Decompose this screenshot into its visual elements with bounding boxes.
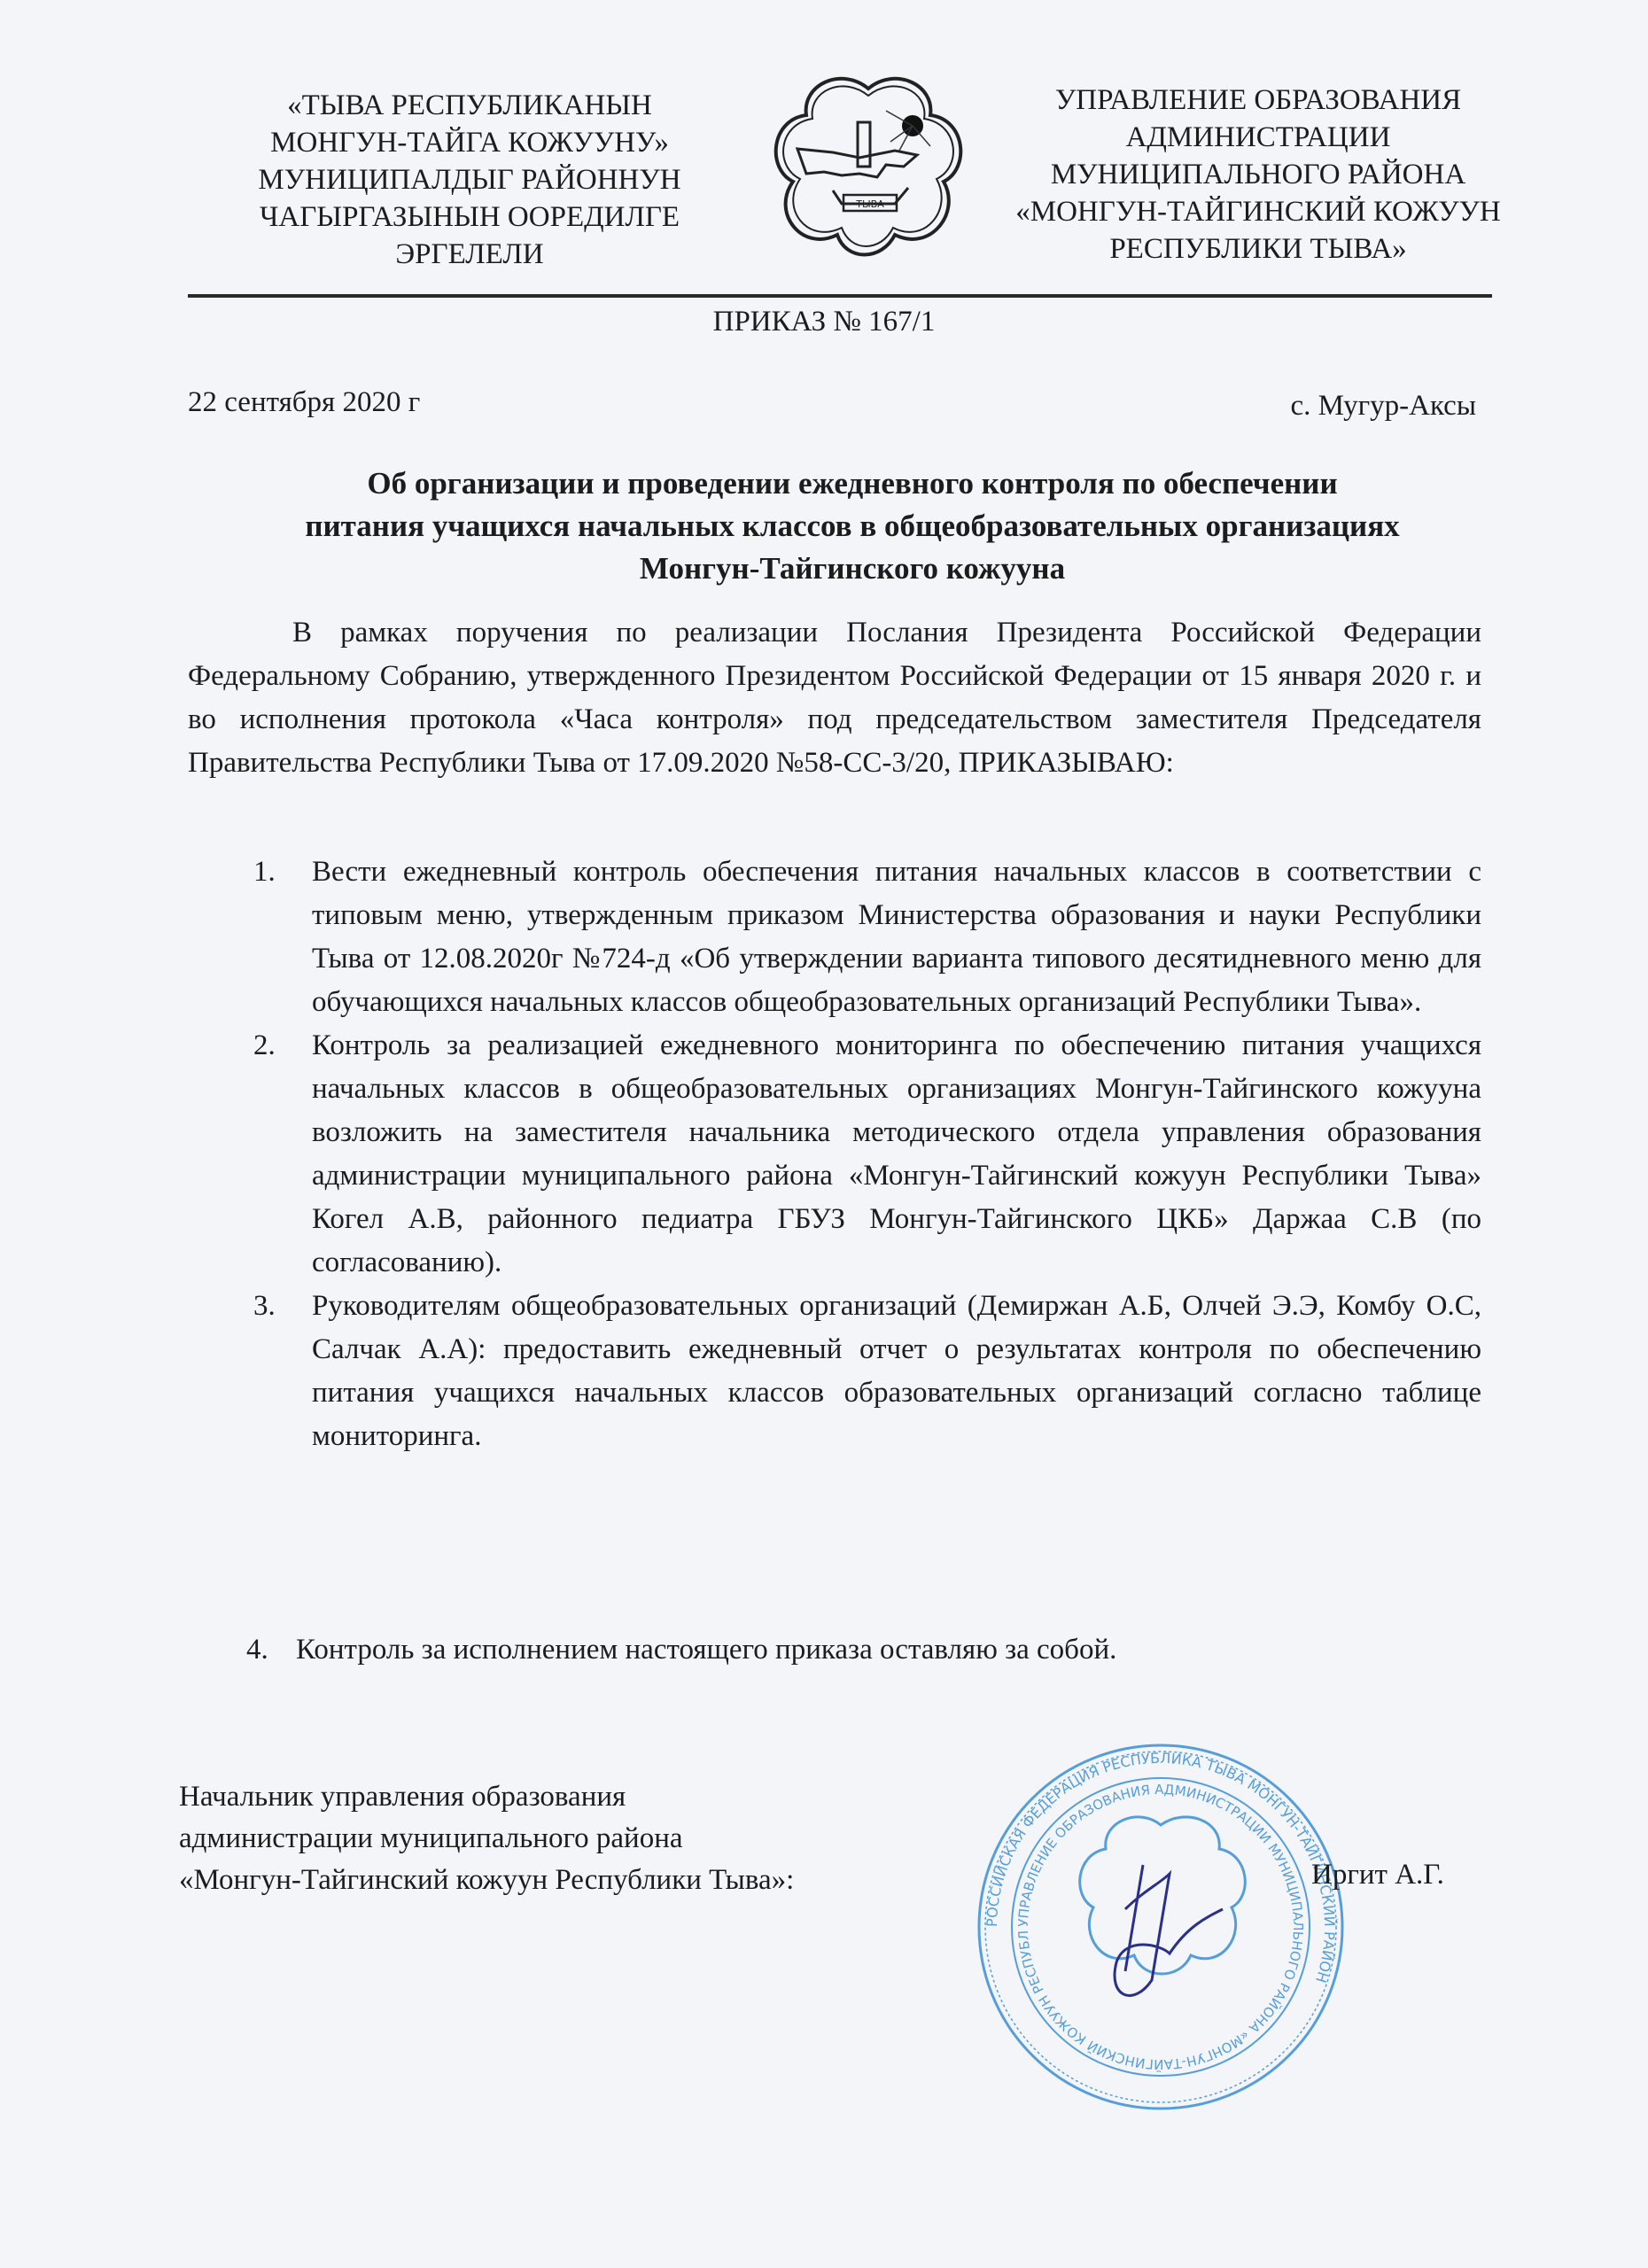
- title-line: Монгун-Тайгинского кожууна: [188, 548, 1517, 590]
- position-line: «Монгун-Тайгинский кожуун Республики Тыв…: [179, 1860, 794, 1901]
- order-place: с. Мугур-Аксы: [1290, 390, 1476, 423]
- header-right-line: «МОНГУН-ТАЙГИНСКИЙ КОЖУУН: [983, 193, 1533, 230]
- signatory-name: Иргит А.Г.: [1311, 1859, 1444, 1891]
- order-item-3: 3. Руководителям общеобразовательных орг…: [253, 1285, 1481, 1458]
- item-number: 2.: [253, 1024, 276, 1068]
- header-divider: [188, 294, 1492, 298]
- position-line: администрации муниципального района: [179, 1818, 794, 1860]
- header-left-line: МОНГУН-ТАЙГА КОЖУУНУ»: [222, 124, 718, 161]
- item-text: Контроль за реализацией ежедневного мони…: [312, 1029, 1481, 1278]
- document-title: Об организации и проведении ежедневного …: [188, 462, 1517, 590]
- item-number: 1.: [253, 850, 276, 894]
- order-items-list: 1. Вести ежедневный контроль обеспечения…: [253, 850, 1481, 1458]
- svg-text:ТЫВА: ТЫВА: [855, 198, 884, 210]
- header-right-line: РЕСПУБЛИКИ ТЫВА»: [983, 230, 1533, 268]
- tuva-coat-of-arms-icon: ТЫВА: [762, 62, 975, 266]
- item-text: Руководителям общеобразовательных органи…: [312, 1290, 1481, 1452]
- position-line: Начальник управления образования: [179, 1776, 794, 1818]
- order-number: ПРИКАЗ № 167/1: [0, 306, 1648, 338]
- title-line: питания учащихся начальных классов в общ…: [188, 505, 1517, 548]
- order-item-1: 1. Вести ежедневный контроль обеспечения…: [253, 850, 1481, 1024]
- header-left-line: МУНИЦИПАЛДЫГ РАЙОННУН: [222, 161, 718, 198]
- header-russian-org-name: УПРАВЛЕНИЕ ОБРАЗОВАНИЯ АДМИНИСТРАЦИИ МУН…: [983, 82, 1533, 268]
- header-left-line: «ТЫВА РЕСПУБЛИКАНЫН: [222, 87, 718, 124]
- item-number: 3.: [253, 1285, 276, 1328]
- header-tuvan-org-name: «ТЫВА РЕСПУБЛИКАНЫН МОНГУН-ТАЙГА КОЖУУНУ…: [222, 87, 718, 273]
- document-page: «ТЫВА РЕСПУБЛИКАНЫН МОНГУН-ТАЙГА КОЖУУНУ…: [0, 0, 1648, 2268]
- item-text: Контроль за исполнением настоящего прика…: [296, 1634, 1116, 1666]
- order-item-4: 4. Контроль за исполнением настоящего пр…: [246, 1628, 1532, 1672]
- header-right-line: УПРАВЛЕНИЕ ОБРАЗОВАНИЯ: [983, 82, 1533, 119]
- item-number: 4.: [246, 1628, 268, 1672]
- handwritten-signature-icon: [1090, 1856, 1232, 2016]
- header-left-line: ЧАГЫРГАЗЫНЫН ООРЕДИЛГЕ: [222, 198, 718, 236]
- item-text: Вести ежедневный контроль обеспечения пи…: [312, 856, 1481, 1018]
- order-item-2: 2. Контроль за реализацией ежедневного м…: [253, 1024, 1481, 1285]
- header-right-line: АДМИНИСТРАЦИИ: [983, 119, 1533, 156]
- preamble-paragraph: В рамках поручения по реализации Послани…: [188, 611, 1481, 785]
- header-left-line: ЭРГЕЛЕЛИ: [222, 236, 718, 273]
- header-right-line: МУНИЦИПАЛЬНОГО РАЙОНА: [983, 156, 1533, 193]
- title-line: Об организации и проведении ежедневного …: [188, 462, 1517, 505]
- order-date: 22 сентября 2020 г: [188, 386, 420, 419]
- signatory-position: Начальник управления образования админис…: [179, 1776, 794, 1901]
